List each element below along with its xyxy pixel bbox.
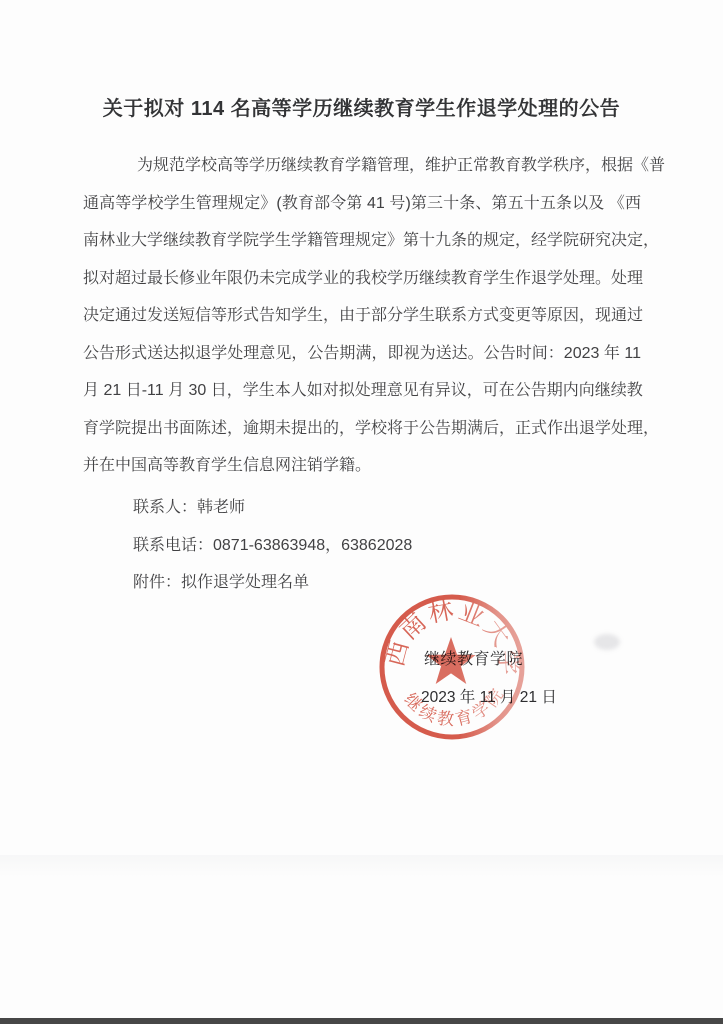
body-line: 南林业大学继续教育学院学生学籍管理规定》第十九条的规定，经学院研究决定， xyxy=(83,222,641,260)
body-line: 拟对超过最长修业年限仍未完成学业的我校学历继续教育学生作退学处理。处理 xyxy=(83,260,641,298)
scan-smudge xyxy=(594,634,620,650)
announcement-body: 为规范学校高等学历继续教育学籍管理，维护正常教育教学秩序，根据《普 通高等学校学… xyxy=(83,147,641,485)
body-line: 通高等学校学生管理规定》(教育部令第 41 号)第三十条、第五十五条以及 《西 xyxy=(83,185,641,223)
scan-streak-artifact xyxy=(0,855,723,877)
body-line: 决定通过发送短信等形式告知学生，由于部分学生联系方式变更等原因，现通过 xyxy=(83,297,641,335)
body-line: 月 21 日-11 月 30 日，学生本人如对拟处理意见有异议，可在公告期内向继… xyxy=(83,372,641,410)
page-title: 关于拟对 114 名高等学历继续教育学生作退学处理的公告 xyxy=(0,92,723,121)
scan-edge-bar xyxy=(0,1018,723,1024)
seal-star-icon xyxy=(426,637,475,684)
official-seal: 西南林业大学 继续教育学院 xyxy=(377,592,527,742)
body-line: 为规范学校高等学历继续教育学籍管理，维护正常教育教学秩序，根据《普 xyxy=(83,147,641,185)
contact-info: 联系人：韩老师 联系电话：0871-63863948，63862028 附件：拟… xyxy=(133,489,412,602)
attachment-note: 附件：拟作退学处理名单 xyxy=(133,564,412,602)
body-line: 并在中国高等教育学生信息网注销学籍。 xyxy=(83,447,641,485)
body-line: 公告形式送达拟退学处理意见，公告期满，即视为送达。公告时间：2023 年 11 xyxy=(83,335,641,373)
contact-phone: 联系电话：0871-63863948，63862028 xyxy=(133,527,412,565)
scanned-announcement-page: 关于拟对 114 名高等学历继续教育学生作退学处理的公告 为规范学校高等学历继续… xyxy=(0,0,723,1024)
contact-person: 联系人：韩老师 xyxy=(133,489,412,527)
body-line: 育学院提出书面陈述，逾期未提出的，学校将于公告期满后，正式作出退学处理， xyxy=(83,410,641,448)
